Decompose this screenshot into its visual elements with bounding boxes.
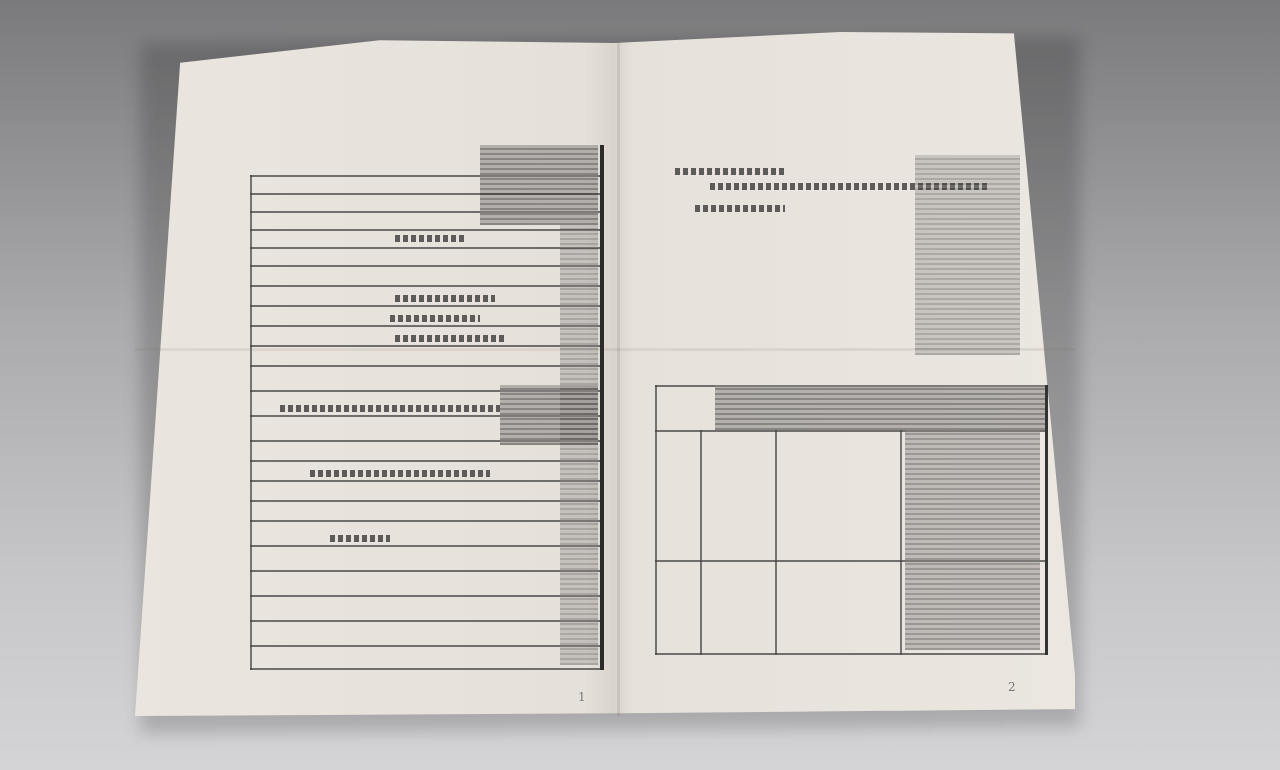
left-page-table <box>250 145 604 670</box>
page-number-left: 1 <box>578 690 586 704</box>
vertical-fold <box>617 40 620 716</box>
page-number-right: 2 <box>1008 680 1016 694</box>
right-page-table <box>655 385 1048 655</box>
